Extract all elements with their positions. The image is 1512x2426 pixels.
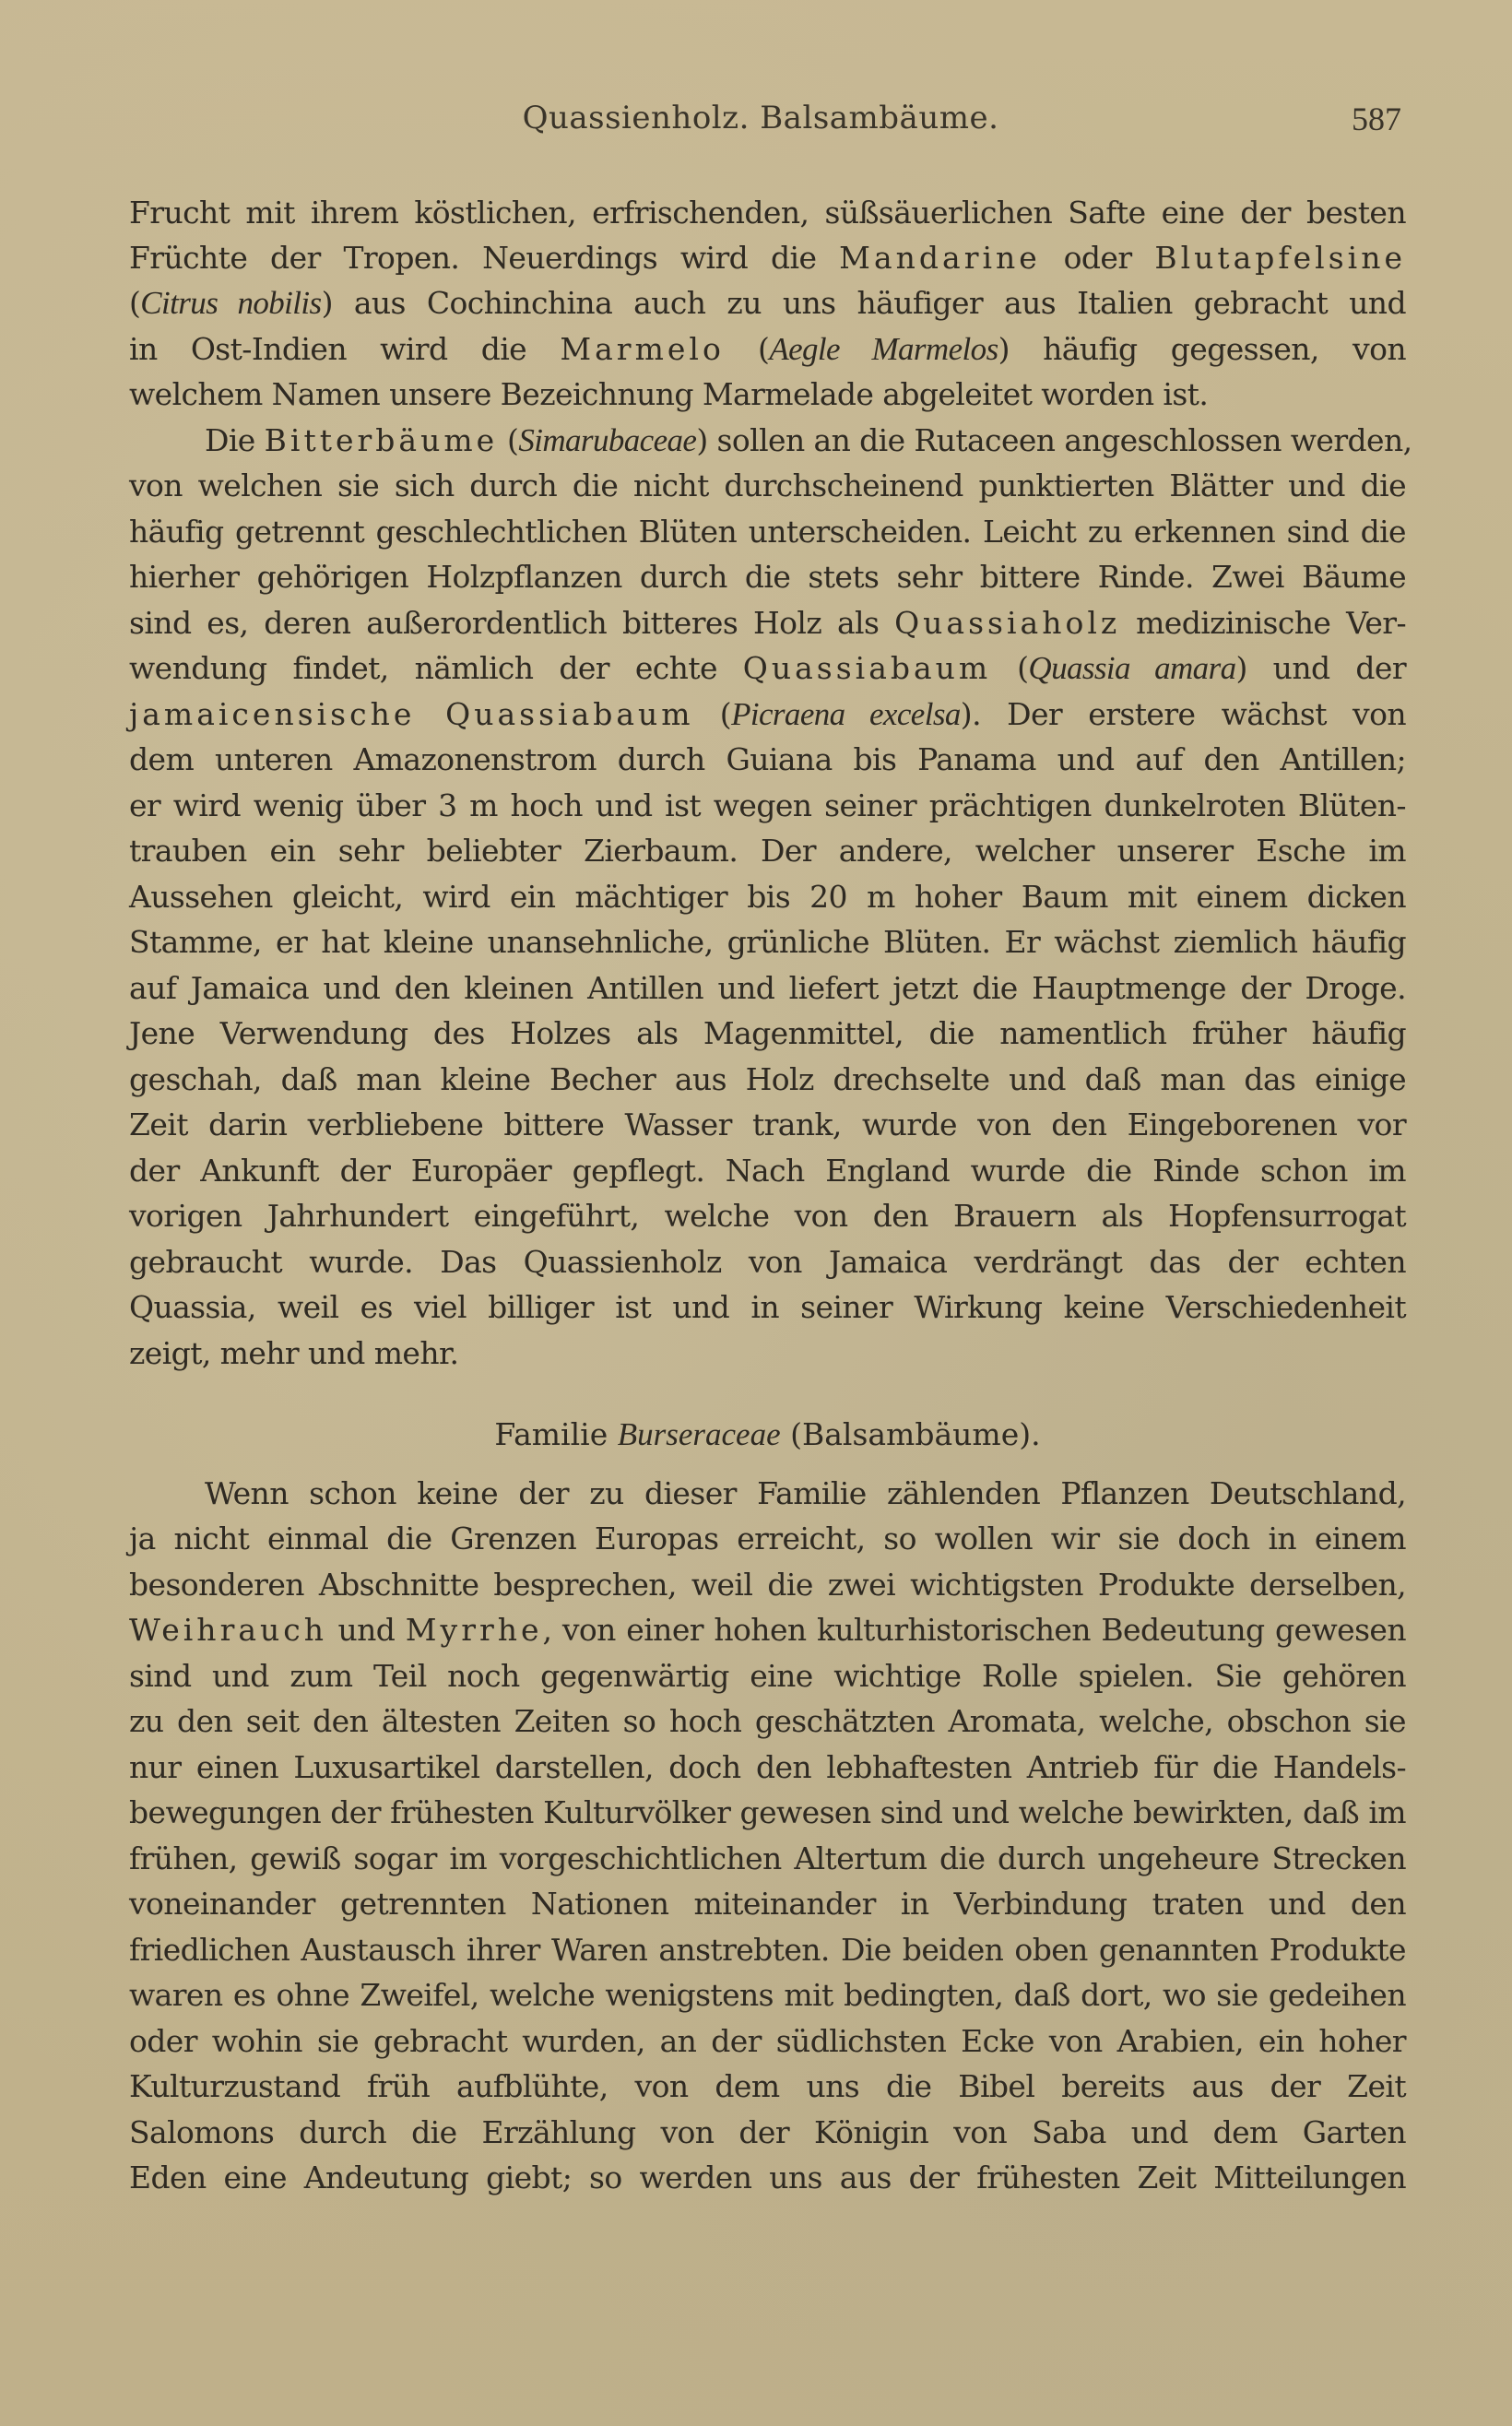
text-line: sind und zum Teil noch gegenwärtig eine … [129,1655,1406,1698]
emphasis-term: Weihrauch [129,1612,327,1648]
text-line: trauben ein sehr beliebter Zierbaum. Der… [129,830,1406,872]
emphasis-term: Blutapfelsine [1154,240,1406,276]
text-line: geschah, daß man kleine Becher aus Holz … [129,1059,1406,1101]
text-line: Eden eine Andeutung giebt; so werden uns… [129,2157,1406,2199]
text-line: vorigen Jahrhundert eingeführt, welche v… [129,1195,1406,1237]
text-line: nur einen Luxusartikel darstellen, doch … [129,1746,1406,1789]
text-line: (Citrus nobilis) aus Cochinchina auch zu… [129,282,1406,325]
text-line: Quassia, weil es viel billiger ist und i… [129,1286,1406,1329]
text-line: dem unteren Amazonenstrom durch Guiana b… [129,739,1406,781]
emphasis-term: Marmelo [560,331,724,367]
emphasis-term: Quassiaholz [894,605,1120,641]
section-heading: Familie Burseraceae (Balsambäume). [129,1414,1406,1456]
text-line: jamaicensische Quassiabaum (Picraena exc… [129,693,1406,736]
text-line: ja nicht einmal die Grenzen Europas erre… [129,1518,1406,1560]
text-line: sind es, deren außerordentlich bitteres … [129,602,1406,645]
text-line: der Ankunft der Europäer gepflegt. Nach … [129,1150,1406,1192]
latin-name: Burseraceae [618,1416,781,1452]
text-line: zeigt, mehr und mehr. [129,1332,1406,1375]
text-line: Frucht mit ihrem köstlichen, erfrischend… [129,192,1406,234]
text-line: zu den seit den ältesten Zeiten so hoch … [129,1700,1406,1743]
text-line: Stamme, er hat kleine unansehnliche, grü… [129,921,1406,964]
text-line: Die Bitterbäume (Simarubaceae) sollen an… [205,420,1406,462]
latin-name: Quassia amara [1028,650,1235,686]
text-line: Jene Verwendung des Holzes als Magenmitt… [129,1012,1406,1055]
text-line: wendung findet, nämlich der echte Quassi… [129,647,1406,690]
emphasis-term: Bitterbäume [265,422,499,458]
text-line: waren es ohne Zweifel, welche wenigstens… [129,1974,1406,2017]
latin-name: Picraena excelsa [731,696,961,732]
text-line: hierher gehörigen Holzpflanzen durch die… [129,556,1406,598]
latin-name: Simarubaceae [518,422,696,458]
text-line: Früchte der Tropen. Neuerdings wird die … [129,237,1406,279]
text-line: oder wohin sie gebracht wurden, an der s… [129,2020,1406,2063]
text-line: Salomons durch die Erzählung von der Kön… [129,2112,1406,2154]
text-line: er wird wenig über 3 m hoch und ist wege… [129,785,1406,827]
latin-name: Citrus nobilis [140,285,321,321]
emphasis-term: Quassiabaum [743,650,991,686]
text-line: bewegungen der frühesten Kulturvölker ge… [129,1792,1406,1834]
text-line: Wenn schon keine der zu dieser Familie z… [205,1473,1406,1515]
text-line: Zeit darin verbliebene bittere Wasser tr… [129,1104,1406,1146]
text-line: in Ost-Indien wird die Marmelo (Aegle Ma… [129,328,1406,371]
page-number: 587 [1352,100,1401,138]
text-line: Kulturzustand früh aufblühte, von dem un… [129,2065,1406,2108]
text-line: frühen, gewiß sogar im vorgeschichtliche… [129,1838,1406,1880]
text-line: Weihrauch und Myrrhe, von einer hohen ku… [129,1609,1406,1651]
text-line: häufig getrennt geschlechtlichen Blüten … [129,511,1406,553]
book-page: Quassienholz. Balsambäume. 587 Frucht mi… [0,0,1512,2426]
latin-name: Aegle Marmelos [769,331,998,367]
emphasis-term: Myrrhe [406,1612,543,1648]
text-line: besonderen Abschnitte besprechen, weil d… [129,1564,1406,1606]
running-head: Quassienholz. Balsambäume. 587 [120,100,1401,146]
emphasis-term: jamaicensische Quassiabaum [129,696,694,732]
text-line: gebraucht wurde. Das Quassienholz von Ja… [129,1241,1406,1284]
text-line: voneinander getrennten Nationen miteinan… [129,1883,1406,1925]
text-line: von welchen sie sich durch die nicht dur… [129,465,1406,507]
running-title: Quassienholz. Balsambäume. [120,100,1401,136]
text-line: Aussehen gleicht, wird ein mächtiger bis… [129,876,1406,918]
text-line: friedlichen Austausch ihrer Waren anstre… [129,1929,1406,1971]
text-line: auf Jamaica und den kleinen Antillen und… [129,967,1406,1010]
emphasis-term: Mandarine [839,240,1041,276]
text-line: welchem Namen unsere Bezeichnung Marmela… [129,373,1406,416]
